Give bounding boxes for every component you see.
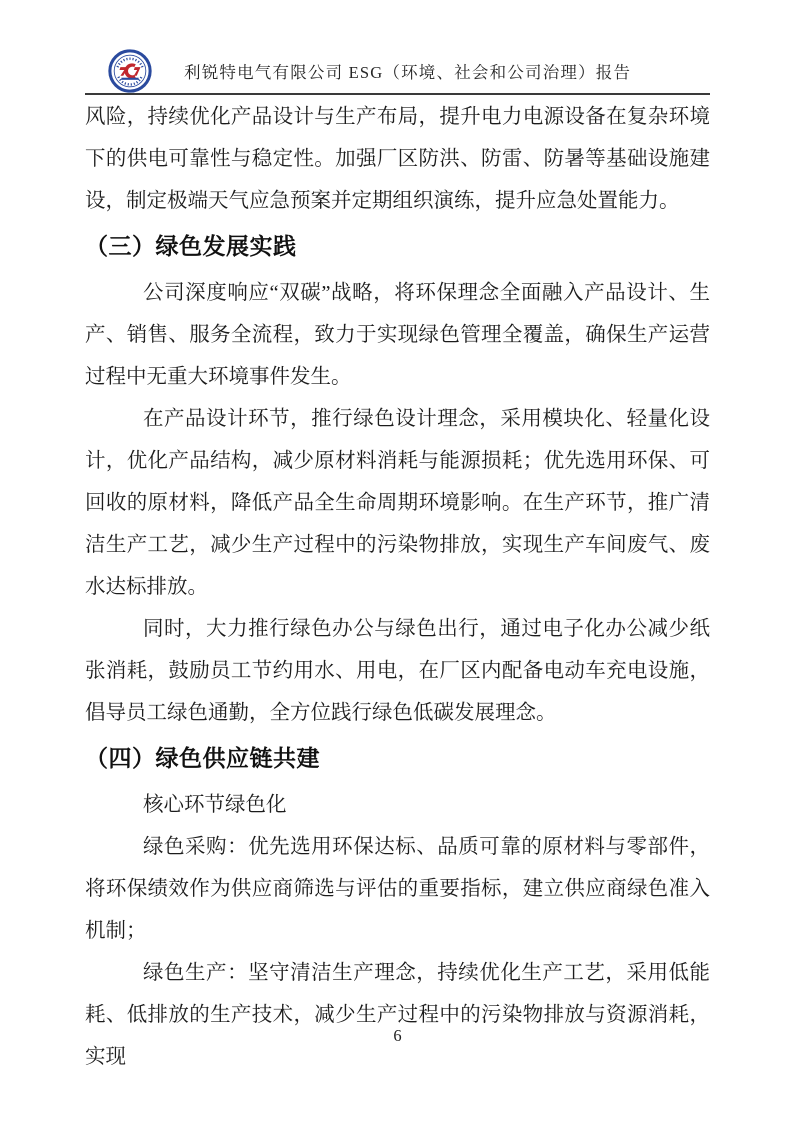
section-heading: （三）绿色发展实践 bbox=[85, 226, 710, 268]
body-paragraph: 风险，持续优化产品设计与生产布局，提升电力电源设备在复杂环境下的供电可靠性与稳定… bbox=[85, 96, 710, 222]
body-paragraph: 在产品设计环节，推行绿色设计理念，采用模块化、轻量化设计，优化产品结构，减少原材… bbox=[85, 398, 710, 608]
header-title: 利锐特电气有限公司 ESG（环境、社会和公司治理）报告 bbox=[184, 59, 631, 83]
body-paragraph: 同时，大力推行绿色办公与绿色出行，通过电子化办公减少纸张消耗，鼓励员工节约用水、… bbox=[85, 608, 710, 734]
body-paragraph: 绿色采购：优先选用环保达标、品质可靠的原材料与零部件，将环保绩效作为供应商筛选与… bbox=[85, 826, 710, 952]
body-paragraph: 绿色生产：坚守清洁生产理念，持续优化生产工艺，采用低能耗、低排放的生产技术，减少… bbox=[85, 952, 710, 1078]
document-page: 利锐特电气有限公司 ESG（环境、社会和公司治理）报告 风险，持续优化产品设计与… bbox=[0, 0, 795, 1123]
company-logo-icon bbox=[106, 48, 154, 94]
page-number: 6 bbox=[393, 1026, 401, 1045]
page-footer: 6 bbox=[0, 1026, 795, 1046]
document-body: 风险，持续优化产品设计与生产布局，提升电力电源设备在复杂环境下的供电可靠性与稳定… bbox=[85, 96, 710, 1078]
body-paragraph: 核心环节绿色化 bbox=[85, 784, 710, 826]
section-heading: （四）绿色供应链共建 bbox=[85, 738, 710, 780]
body-paragraph: 公司深度响应“双碳”战略，将环保理念全面融入产品设计、生产、销售、服务全流程，致… bbox=[85, 272, 710, 398]
document-header: 利锐特电气有限公司 ESG（环境、社会和公司治理）报告 bbox=[85, 50, 710, 95]
